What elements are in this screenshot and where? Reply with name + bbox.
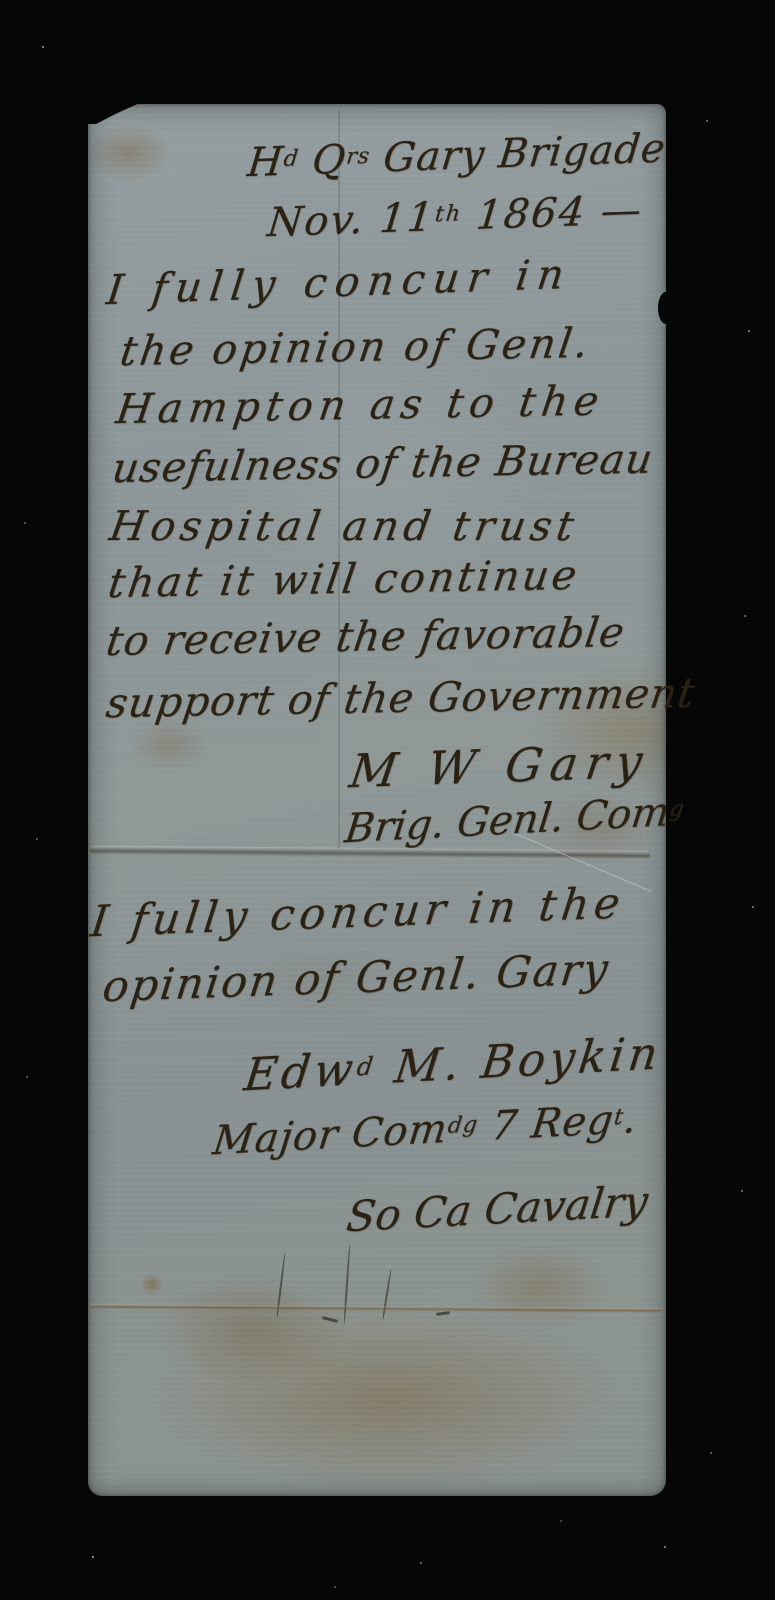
title-superscript: g — [668, 796, 685, 822]
gary-signature: M W Gary — [346, 734, 653, 799]
heading-text: Q — [296, 137, 348, 185]
edge-notch — [658, 292, 674, 324]
endorsement1-line-4: usefulness of the Bureau — [109, 435, 656, 493]
endorsement1-line-3: Hampton as to the — [113, 376, 607, 433]
date-superscript: th — [434, 201, 464, 227]
heading-text: H — [245, 139, 286, 186]
dust-specks — [0, 0, 2, 2]
endorsement1-line-6: that it will continue — [105, 551, 582, 607]
date-text: 1864 — — [459, 187, 645, 240]
title-text: 7 Reg — [475, 1097, 617, 1150]
heading-superscript: rs — [345, 144, 371, 170]
endorsement1-line-7: to receive the favorable — [103, 608, 628, 665]
document-photo: Hd Qrs Gary Brigade Nov. 11th 1864 — I f… — [0, 0, 775, 1600]
endorsement1-line-5: Hospital and trust — [106, 502, 582, 550]
title-superscript: dg — [446, 1112, 479, 1139]
date-text: Nov. 11 — [265, 194, 437, 246]
signature-text: Edw — [241, 1042, 360, 1101]
endorsement1-line-2: the opinion of Genl. — [117, 319, 594, 375]
